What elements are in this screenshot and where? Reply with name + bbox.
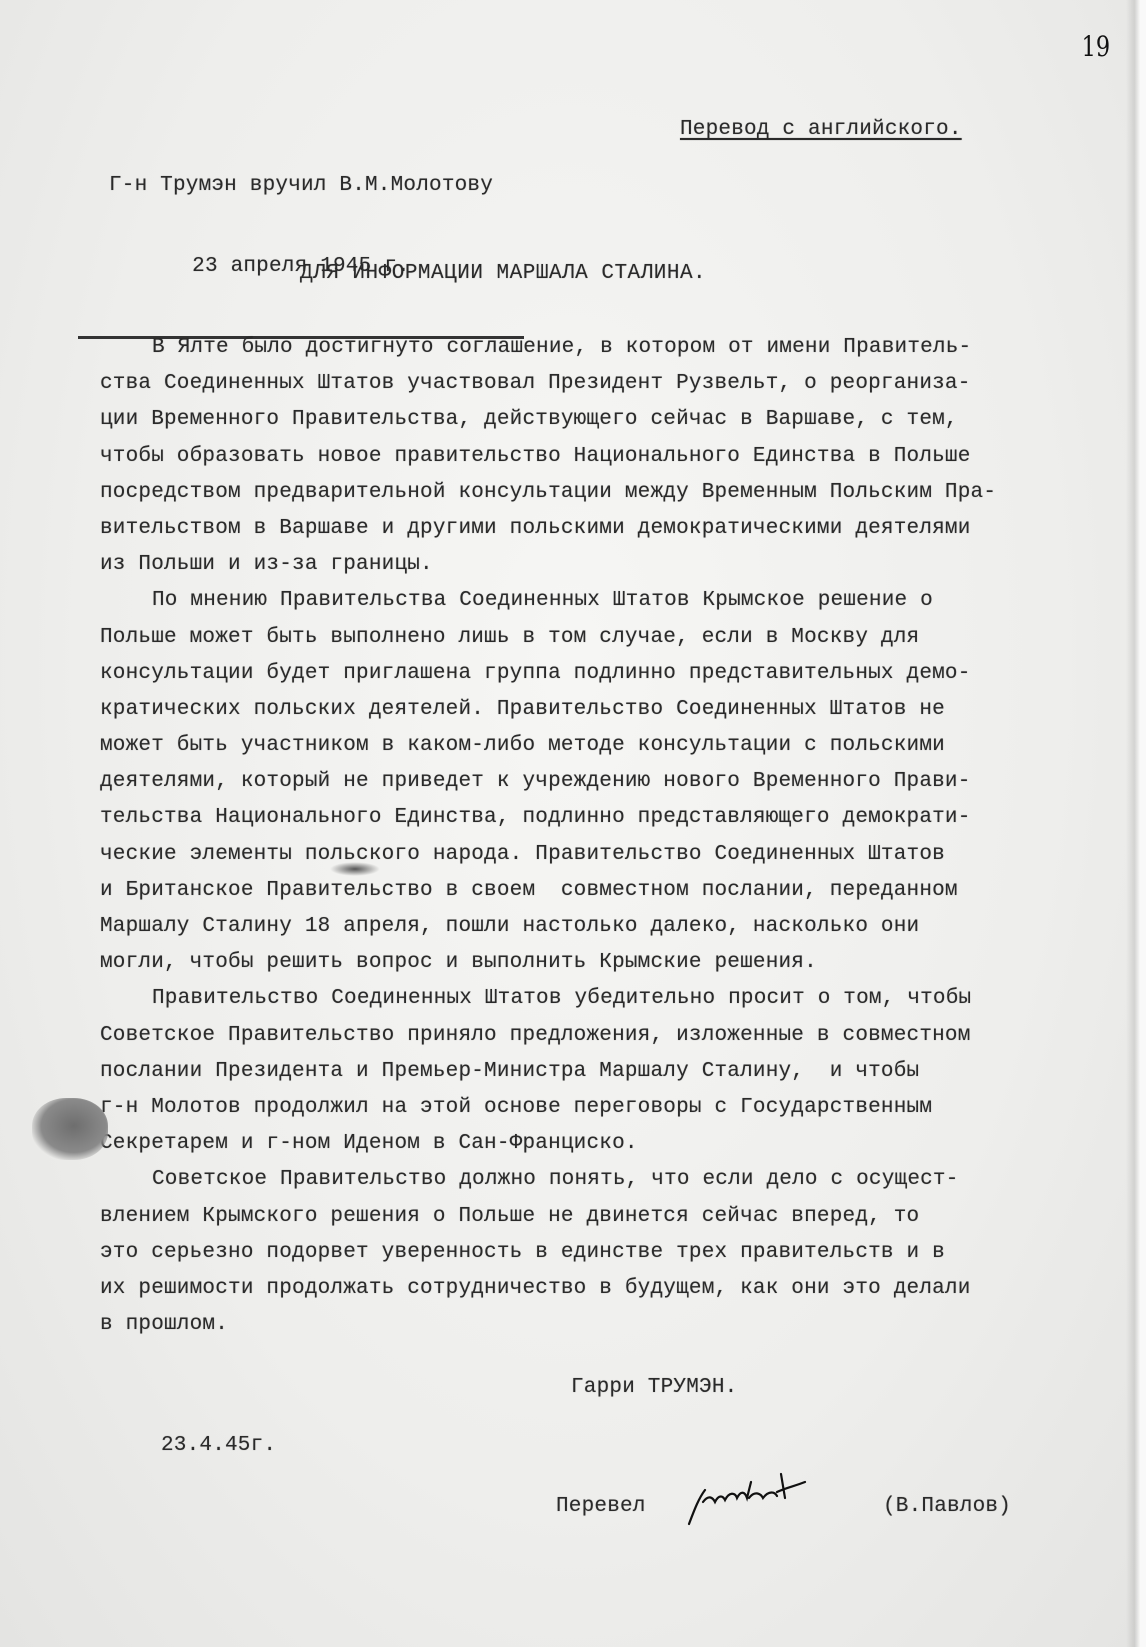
ink-smudge (330, 862, 380, 876)
document-body: В Ялте было достигнуто соглашение, в кот… (100, 330, 1110, 1343)
body-line: могли, чтобы решить вопрос и выполнить К… (100, 945, 1110, 981)
body-line: из Польши и из-за границы. (100, 547, 1110, 583)
translator-name: (В.Павлов) (883, 1495, 1011, 1518)
body-line: тельства Национального Единства, подлинн… (100, 800, 1110, 836)
body-line: вительством в Варшаве и другими польским… (100, 511, 1110, 547)
body-line: ства Соединенных Штатов участвовал Прези… (100, 366, 1110, 402)
body-line: это серьезно подорвет уверенность в един… (100, 1235, 1110, 1271)
signature-name: Гарри ТРУМЭН. (571, 1376, 737, 1399)
body-line: ческие элементы польского народа. Правит… (100, 837, 1110, 873)
body-line: кратических польских деятелей. Правитель… (100, 692, 1110, 728)
body-line: г-н Молотов продолжил на этой основе пер… (100, 1090, 1110, 1126)
body-line: Советское Правительство приняло предложе… (100, 1018, 1110, 1054)
translator-label: Перевел (556, 1495, 646, 1518)
document-title: ДЛЯ ИНФОРМАЦИИ МАРШАЛА СТАЛИНА. (300, 262, 706, 285)
body-line: посредством предварительной консультации… (100, 475, 1110, 511)
body-line: Польше может быть выполнено лишь в том с… (100, 620, 1110, 656)
body-line: их решимости продолжать сотрудничество в… (100, 1271, 1110, 1307)
handwritten-signature-icon (685, 1468, 815, 1528)
body-line: Маршалу Сталину 18 апреля, пошли настоль… (100, 909, 1110, 945)
body-line: По мнению Правительства Соединенных Штат… (100, 583, 1110, 619)
body-line: чтобы образовать новое правительство Нац… (100, 439, 1110, 475)
body-line: В Ялте было достигнуто соглашение, в кот… (100, 330, 1110, 366)
delivery-note: Г-н Трумэн вручил В.М.Молотову 23 апреля… (78, 118, 524, 339)
translation-note: Перевод с английского. (680, 118, 962, 141)
body-line: ции Временного Правительства, действующе… (100, 402, 1110, 438)
page-number: 19 (1082, 30, 1111, 63)
body-line: деятелями, который не приведет к учрежде… (100, 764, 1110, 800)
body-line: послании Президента и Премьер-Министра М… (100, 1054, 1110, 1090)
document-date: 23.4.45г. (161, 1434, 276, 1457)
body-line: Правительство Соединенных Штатов убедите… (100, 981, 1110, 1017)
body-line: Секретарем и г-ном Иденом в Сан-Франциск… (100, 1126, 1110, 1162)
body-line: может быть участником в каком-либо метод… (100, 728, 1110, 764)
body-line: консультации будет приглашена группа под… (100, 656, 1110, 692)
delivery-note-line1: Г-н Трумэн вручил В.М.Молотову (78, 172, 524, 199)
body-line: влением Крымского решения о Польше не дв… (100, 1199, 1110, 1235)
body-line: в прошлом. (100, 1307, 1110, 1343)
document-page: 19 Г-н Трумэн вручил В.М.Молотову 23 апр… (0, 0, 1146, 1647)
stain-mark (32, 1098, 108, 1160)
body-line: Советское Правительство должно понять, ч… (100, 1162, 1110, 1198)
body-line: и Британское Правительство в своем совме… (100, 873, 1110, 909)
